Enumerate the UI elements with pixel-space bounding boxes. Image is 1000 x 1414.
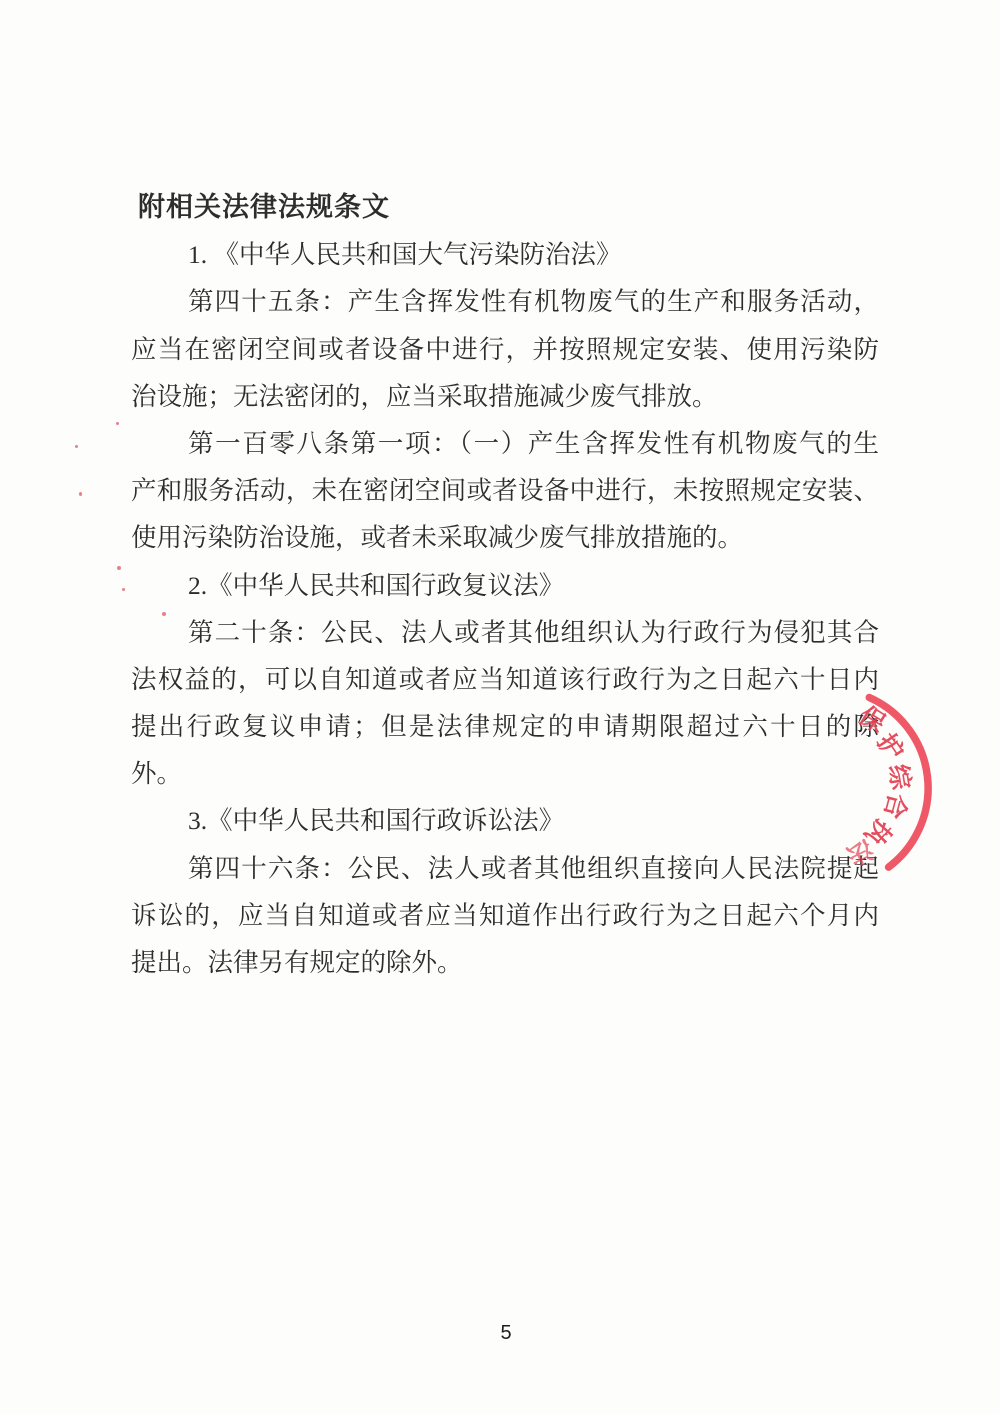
text-line: 第一百零八条第一项：（一）产生含挥发性有机物废气的生 <box>131 420 879 467</box>
scan-artifact <box>79 492 82 496</box>
page-number: 5 <box>0 1322 1000 1345</box>
scan-artifact <box>75 445 78 448</box>
text-line: 产和服务活动，未在密闭空间或者设备中进行，未按照规定安装、 <box>131 467 879 514</box>
text-line: 2.《中华人民共和国行政复议法》 <box>131 562 879 609</box>
document-title: 附相关法律法规条文 <box>138 184 879 231</box>
text-line: 使用污染防治设施，或者未采取减少废气排放措施的。 <box>131 514 879 561</box>
text-line: 1. 《中华人民共和国大气污染防治法》 <box>131 231 879 278</box>
text-line: 第四十五条：产生含挥发性有机物废气的生产和服务活动， <box>131 278 879 325</box>
official-seal-stamp-icon: 保 护 综 合 执 法 <box>700 660 960 920</box>
text-line: 第二十条：公民、法人或者其他组织认为行政行为侵犯其合 <box>131 609 879 656</box>
seal-char: 合 <box>878 790 912 822</box>
text-line: 提出。法律另有规定的除外。 <box>131 939 879 986</box>
scan-artifact <box>122 588 125 591</box>
seal-char: 综 <box>883 762 916 792</box>
scan-artifact <box>116 422 119 425</box>
text-line: 治设施；无法密闭的，应当采取措施减少废气排放。 <box>131 373 879 420</box>
scan-artifact <box>117 566 121 570</box>
text-line: 应当在密闭空间或者设备中进行，并按照规定安装、使用污染防 <box>131 326 879 373</box>
scan-artifact <box>162 612 166 616</box>
scanned-document-page: 附相关法律法规条文 1. 《中华人民共和国大气污染防治法》 第四十五条：产生含挥… <box>0 0 1000 1414</box>
